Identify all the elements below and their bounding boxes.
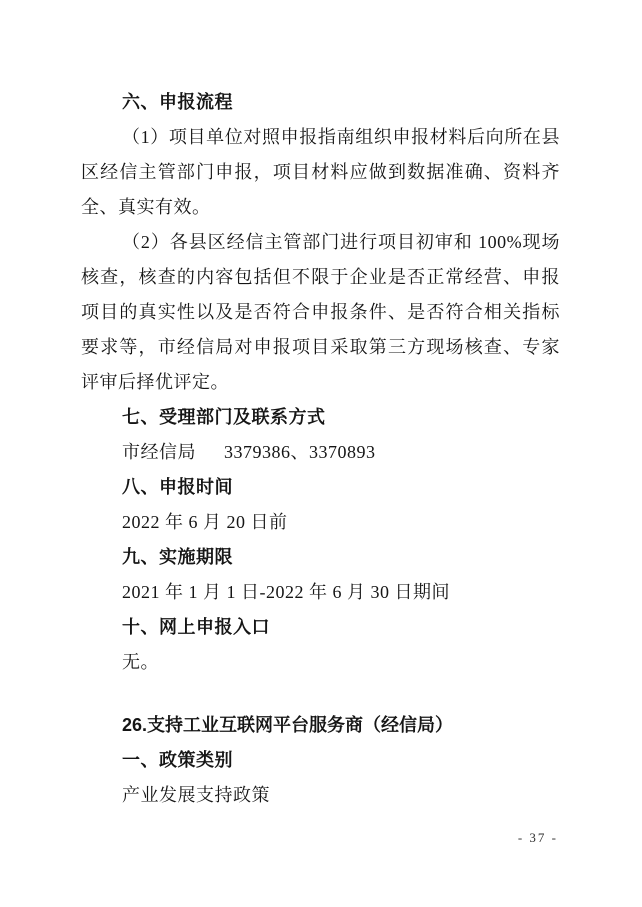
contact-phone-numbers: 3379386、3370893 (224, 442, 376, 462)
section-heading-accepting-department: 七、受理部门及联系方式 (81, 400, 560, 435)
document-page: 六、申报流程 （1）项目单位对照申报指南组织申报材料后向所在县区经信主管部门申报… (0, 0, 642, 907)
paragraph-step-2: （2）各县区经信主管部门进行项目初审和 100%现场核查，核查的内容包括但不限于… (81, 225, 560, 400)
section-heading-policy-category: 一、政策类别 (81, 743, 560, 778)
page-number: - 37 - (518, 830, 558, 846)
policy-category-value: 产业发展支持政策 (81, 778, 560, 813)
contact-line: 市经信局3379386、3370893 (81, 435, 560, 470)
section-heading-application-process: 六、申报流程 (81, 85, 560, 120)
application-deadline: 2022 年 6 月 20 日前 (81, 505, 560, 540)
section-heading-online-entry: 十、网上申报入口 (81, 610, 560, 645)
online-entry-value: 无。 (81, 645, 560, 680)
contact-department: 市经信局 (122, 442, 196, 462)
paragraph-step-1: （1）项目单位对照申报指南组织申报材料后向所在县区经信主管部门申报，项目材料应做… (81, 120, 560, 225)
section-heading-implementation-period: 九、实施期限 (81, 540, 560, 575)
document-content: 六、申报流程 （1）项目单位对照申报指南组织申报材料后向所在县区经信主管部门申报… (81, 85, 560, 813)
implementation-period-value: 2021 年 1 月 1 日-2022 年 6 月 30 日期间 (81, 575, 560, 610)
policy-item-title: 26.支持工业互联网平台服务商（经信局） (81, 707, 560, 743)
section-heading-application-time: 八、申报时间 (81, 470, 560, 505)
